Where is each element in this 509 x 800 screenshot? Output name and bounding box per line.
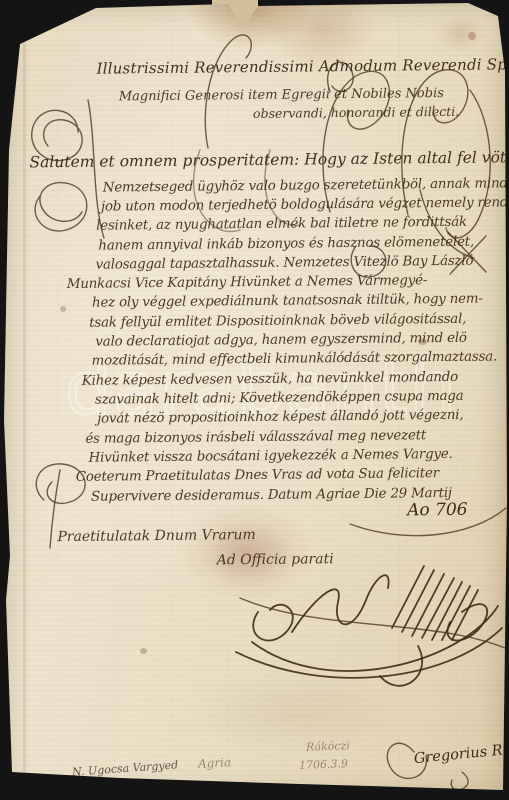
- manuscript-line: hez oly véggel expediálnunk tanatsosnak …: [92, 292, 483, 311]
- manuscript-line: valo declaratiojat adgya, hanem egyszers…: [95, 331, 467, 350]
- manuscript-line: tsak fellyül emlitet Dispositioinknak bö…: [89, 312, 466, 331]
- officia-line: Ad Officia parati: [217, 551, 334, 568]
- header-line-1: Illustrissimi Reverendissimi Admodum Rev…: [96, 55, 509, 78]
- manuscript-paper: darabanth: [0, 0, 509, 800]
- year-date: Ao 706: [407, 500, 468, 521]
- counter-signature: Gregorius Ráty: [413, 740, 509, 767]
- ink-text-layer: Illustrissimi Reverendissimi Admodum Rev…: [0, 0, 509, 800]
- manuscript-line: Nemzetseged ügyhöz valo buzgo szeretetün…: [103, 176, 509, 195]
- manuscript-line: szavainak hitelt adni; Következendöképpe…: [95, 389, 464, 408]
- manuscript-line: mozditását, mind effectbeli kimunkálódás…: [92, 349, 498, 368]
- manuscript-line: valosaggal tapasztalhassuk. Nemzetes Vit…: [96, 254, 474, 273]
- pencil-note-name: Rákóczi: [306, 739, 350, 754]
- manuscript-line: job uton modon terjedhetö boldogulására …: [101, 195, 509, 214]
- manuscript-line: Munkacsi Vice Kapitány Hivünket a Nemes …: [67, 273, 427, 292]
- manuscript-line: és maga bizonyos irásbeli válasszával me…: [85, 428, 426, 447]
- photo-backdrop: darabanth: [0, 0, 509, 800]
- salutation-line: Salutem et omnem prosperitatem: Hogy az …: [29, 148, 509, 171]
- manuscript-line: lesinket, az nyughatatlan elmék bal itil…: [96, 215, 467, 234]
- subscription-line: Praetitulatak Dnum Vrarum: [57, 527, 256, 545]
- manuscript-line: Kihez képest kedvesen vesszük, ha nevünk…: [82, 370, 458, 389]
- header-line-2: Magnifici Generosi item Egregii et Nobil…: [119, 86, 444, 104]
- pencil-note-place: Agria: [198, 755, 232, 771]
- closing-line: Coeterum Praetitulatas Dnes Vras ad vota…: [76, 466, 439, 485]
- closing-line: Supervivere desideramus. Datum Agriae Di…: [91, 486, 452, 505]
- manuscript-line: jovát nézö propositioinkhoz képest állan…: [97, 408, 463, 427]
- manuscript-line: Hivünket vissza bocsátani igyekezzék a N…: [89, 447, 453, 466]
- manuscript-line: hanem annyival inkáb bizonyos és hasznos…: [98, 235, 474, 254]
- pencil-note-date: 1706.3.9: [299, 757, 348, 772]
- header-line-3: observandi, honorandi et dilecti.: [253, 104, 459, 121]
